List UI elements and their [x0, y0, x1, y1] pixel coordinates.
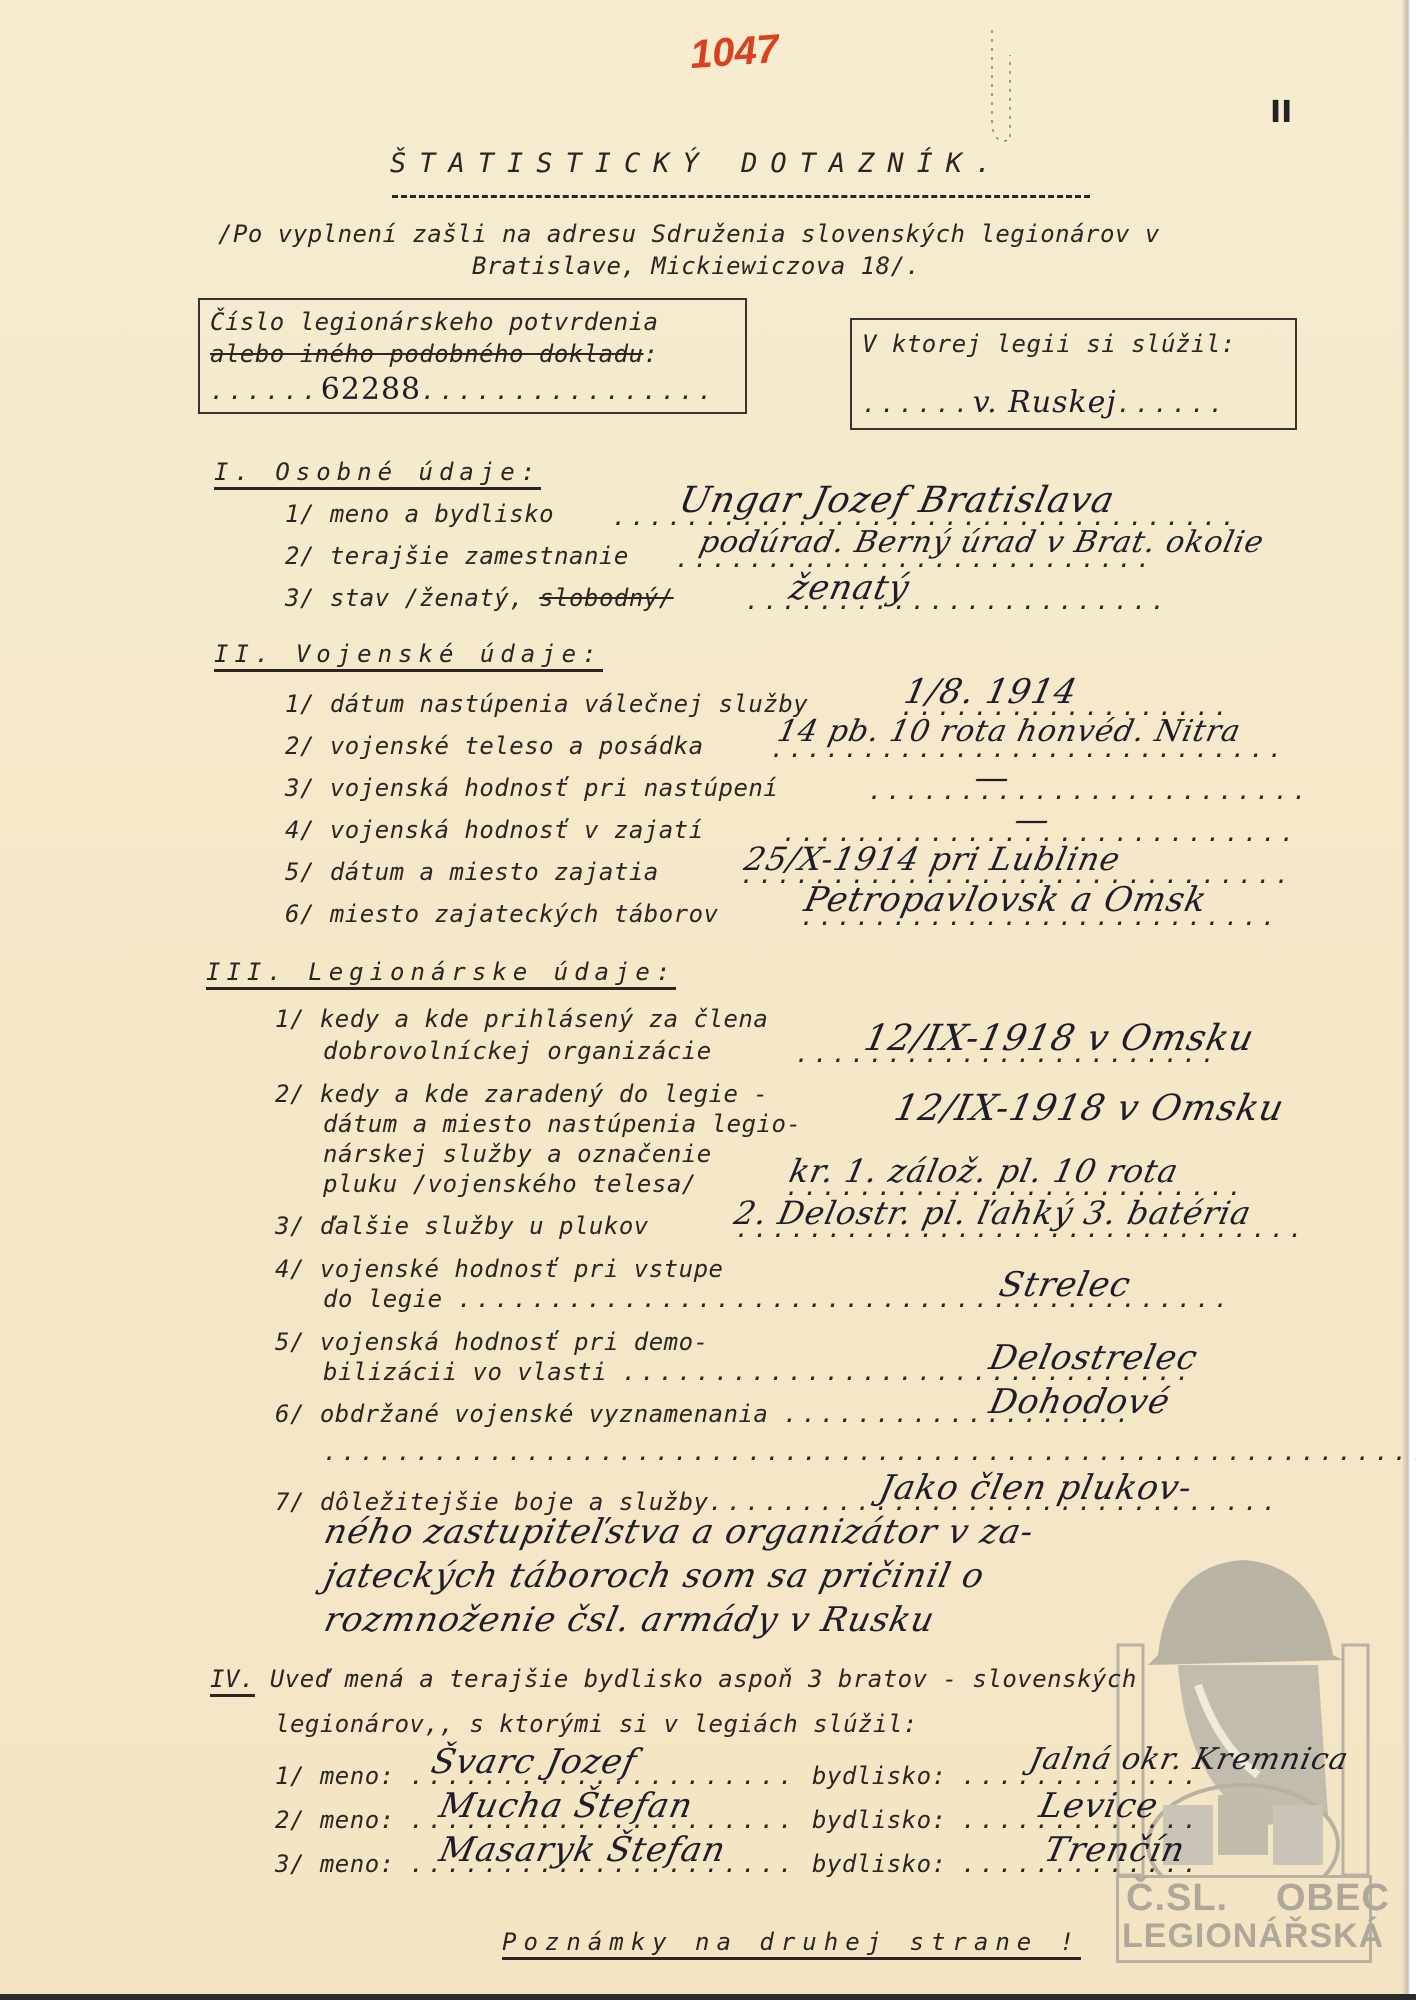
- s2-item2-label: 2/ vojenské teleso a posádka: [285, 732, 704, 760]
- s3-item7-value-line1: Jako člen plukov-: [876, 1468, 1196, 1508]
- scan-bottom-edge: [0, 1994, 1416, 2000]
- s3-item7-value-line2: ného zastupiteľstva a organizátor v za-: [321, 1512, 1038, 1552]
- certificate-label-line1: Číslo legionárskeho potvrdenia: [210, 308, 658, 336]
- s3-item2-label-line1: 2/ kedy a kde zaradený do legie -: [275, 1080, 768, 1108]
- s2-item3-dots: ........................: [868, 777, 1311, 805]
- logo-text-obec: OBEC: [1276, 1877, 1390, 1920]
- s3-item2-label-line2: dátum a miesto nastúpenia legio-: [323, 1110, 801, 1138]
- s1-item2-label: 2/ terajšie zamestnanie: [285, 542, 629, 570]
- colleague-1-residence: Jalná okr. Kremnica: [1026, 1742, 1352, 1777]
- s3-item7-value-line4: rozmnoženie čsl. armády v Rusku: [321, 1600, 939, 1640]
- logo-text-csl: Č.SL.: [1126, 1877, 1228, 1920]
- section4-intro-line2: legionárov,, s ktorými si v legiách slúž…: [275, 1710, 918, 1738]
- s3-item4-label-line1: 4/ vojenské hodnosť pri vstupe: [275, 1255, 723, 1283]
- s1-item1-label: 1/ meno a bydlisko: [285, 500, 554, 528]
- s3-item3-value: 2. Delostr. pl. ľahký 3. batéria: [731, 1194, 1255, 1232]
- logo-text-legionarska: LEGIONÁŘSKÁ: [1122, 1917, 1384, 1956]
- legion-label: V ktorej legii si slúžil:: [862, 330, 1236, 358]
- s2-item4-label: 4/ vojenská hodnosť v zajatí: [285, 816, 704, 844]
- s3-item5-label-line1: 5/ vojenská hodnosť pri demo-: [275, 1328, 709, 1356]
- s1-item2-value: podúrad. Berný úrad v Brat. okolie: [696, 525, 1267, 560]
- s3-item6-dots-line2: ........................................…: [323, 1438, 1416, 1466]
- s2-item5-value: 25/X-1914 pri Lubline: [741, 840, 1124, 878]
- s3-item2-label-line4: pluku /vojenského telesa/: [323, 1170, 697, 1198]
- certificate-number-field: ......62288................: [210, 372, 716, 407]
- legion-value: v. Ruskej: [973, 385, 1117, 420]
- s1-item3-value: ženatý: [786, 568, 914, 608]
- s1-item3-label: 3/ stav /ženatý, slobodný/: [285, 584, 674, 612]
- colleague-2-residence: Levice: [1036, 1786, 1162, 1826]
- s2-item2-value: 14 pb. 10 rota honvéd. Nitra: [774, 714, 1244, 749]
- certificate-number-value: 62288: [321, 372, 421, 407]
- s3-item2-label-line3: nárskej služby a označenie: [323, 1140, 712, 1168]
- s3-item7-value-line3: jateckých táboroch som sa pričinil o: [321, 1556, 989, 1596]
- footer-note: Poznámky na druhej strane !: [502, 1928, 1081, 1960]
- s2-item1-value: 1/8. 1914: [901, 672, 1081, 712]
- s3-item5-value: Delostrelec: [986, 1338, 1202, 1378]
- colleague-2-name: Mucha Štefan: [436, 1786, 697, 1826]
- certificate-label-line2: alebo iného podobného dokladu:: [210, 340, 658, 368]
- s3-item6-value: Dohodové: [986, 1382, 1174, 1422]
- subtitle-line2: Bratislave, Mickiewiczova 18/.: [472, 252, 920, 280]
- s3-item4-value: Strelec: [996, 1265, 1135, 1305]
- section4-intro-line1: IV. Uveď mená a terajšie bydlisko aspoň …: [210, 1665, 1137, 1693]
- colleague-3-residence: Trenčín: [1041, 1830, 1189, 1870]
- section3-heading: III. Legionárske údaje:: [206, 958, 676, 990]
- corner-mark: II: [1270, 95, 1292, 130]
- colleague-3-name: Masaryk Štefan: [436, 1830, 730, 1870]
- page-title: ŠTATISTICKÝ DOTAZNÍK.: [390, 148, 1004, 179]
- s3-item3-label: 3/ ďalšie služby u plukov: [275, 1212, 649, 1240]
- pencil-mark-icon: [970, 25, 1020, 155]
- s3-item1-value: 12/IX-1918 v Omsku: [861, 1018, 1258, 1059]
- s2-item6-value: Petropavlovsk a Omsk: [801, 880, 1211, 920]
- page-edge: [1402, 0, 1416, 2000]
- s3-item2-value: 12/IX-1918 v Omsku: [891, 1088, 1288, 1129]
- s2-item5-label: 5/ dátum a miesto zajatia: [285, 858, 659, 886]
- colleague-1-name: Švarc Jozef: [428, 1742, 641, 1782]
- legion-field: ......v. Ruskej......: [862, 385, 1227, 420]
- section2-heading: II. Vojenské údaje:: [214, 640, 603, 672]
- title-underline: [392, 195, 1090, 198]
- subtitle-line1: /Po vyplnení zašli na adresu Sdruženia s…: [218, 220, 1160, 248]
- s2-item1-label: 1/ dátum nastúpenia válečnej služby: [285, 690, 808, 718]
- section1-heading: I. Osobné údaje:: [214, 458, 541, 490]
- s3-item1-label-line1: 1/ kedy a kde prihlásený za člena: [275, 1005, 768, 1033]
- s2-item6-label: 6/ miesto zajateckých táborov: [285, 900, 719, 928]
- section4-heading: IV.: [210, 1665, 255, 1697]
- red-archive-number: 1047: [689, 27, 781, 78]
- s1-item1-value: Ungar Jozef Bratislava: [676, 480, 1119, 521]
- s2-item3-label: 3/ vojenská hodnosť pri nastúpení: [285, 774, 778, 802]
- s3-item1-label-line2: dobrovolníckej organizácie: [323, 1037, 712, 1065]
- s3-item2-value2: kr. 1. zálož. pl. 10 rota: [786, 1152, 1182, 1190]
